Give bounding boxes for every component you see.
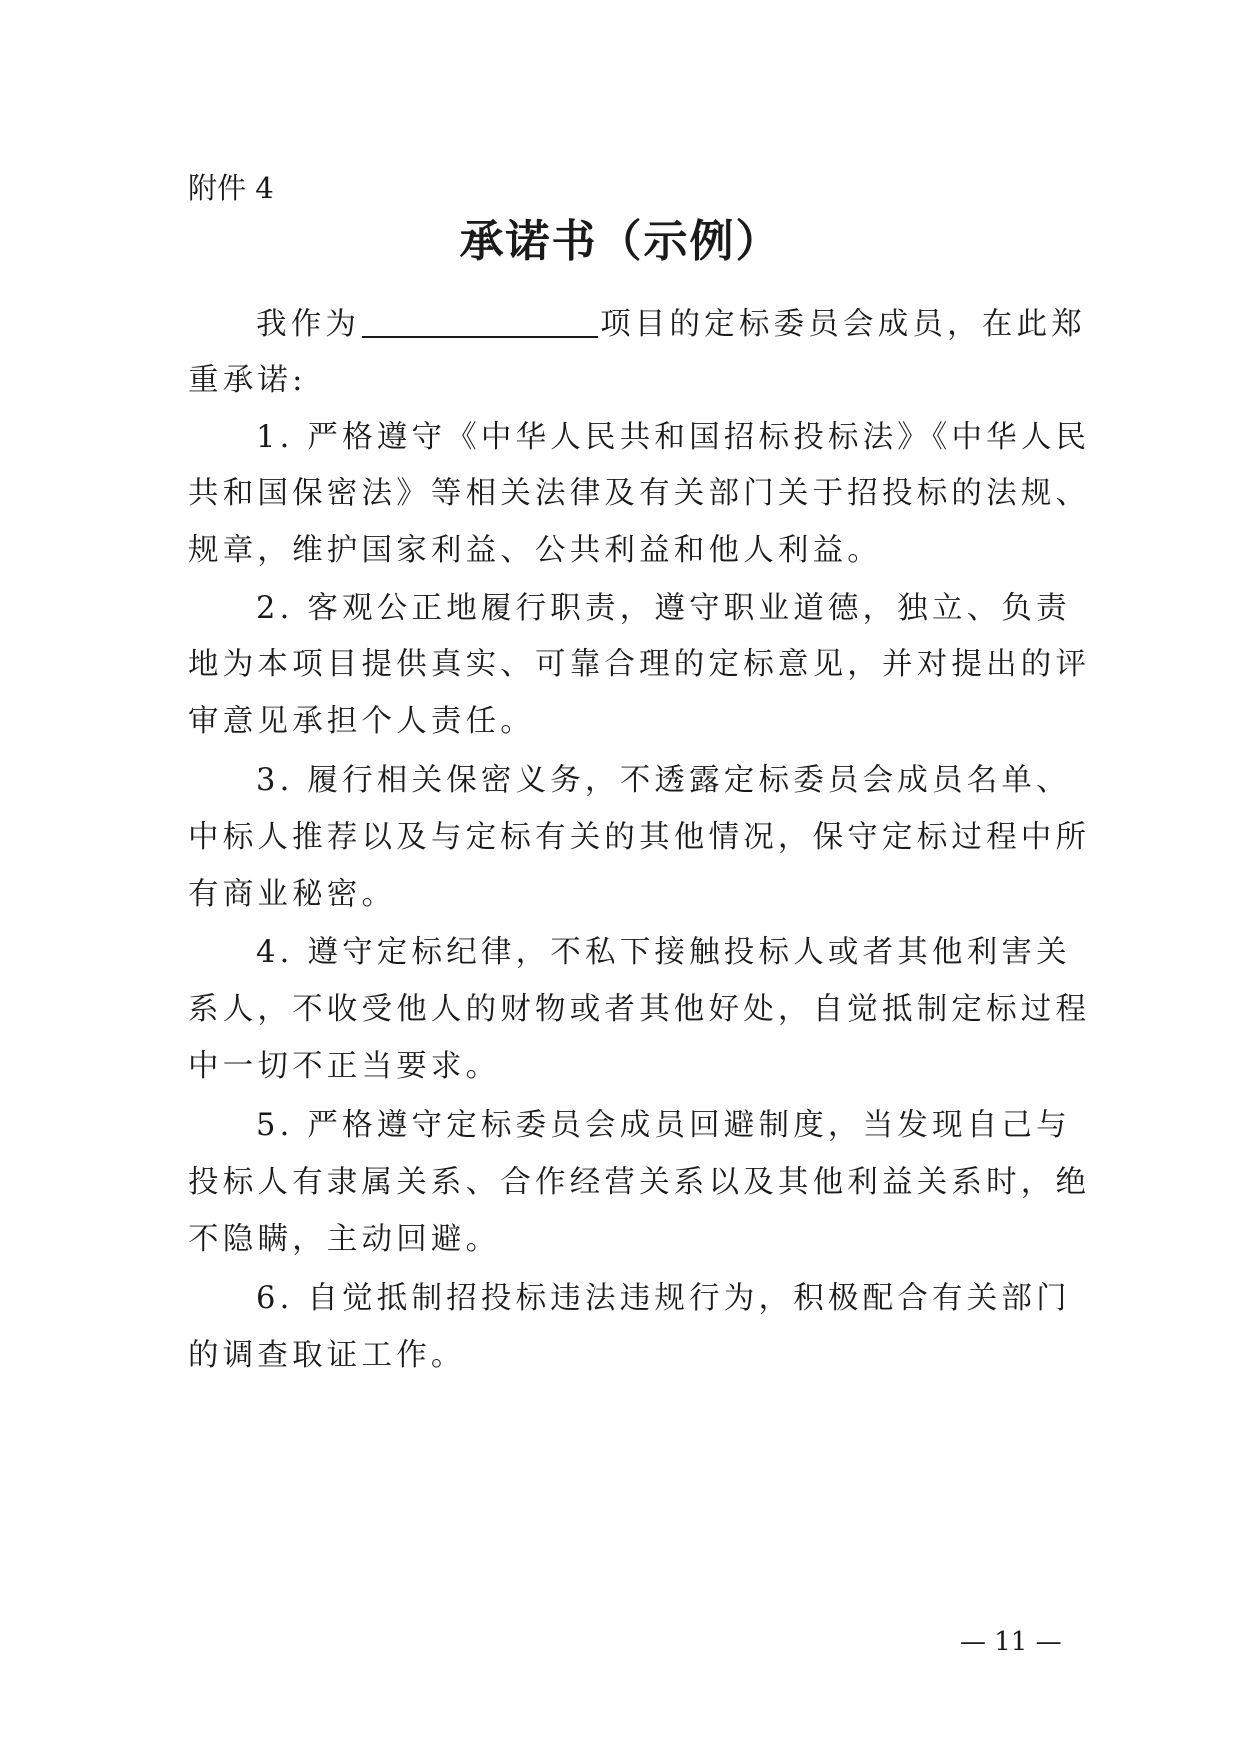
pledge-line: 的调查取证工作。 [188,1336,1058,1376]
pledge-line: 2. 客观公正地履行职责，遵守职业道德，独立、负责 [256,589,1058,629]
pledge-line: 中标人推荐以及与定标有关的其他情况，保守定标过程中所 [188,818,1058,858]
pledge-line: 系人，不收受他人的财物或者其他好处，自觉抵制定标过程 [188,990,1058,1030]
pledge-line: 1. 严格遵守《中华人民共和国招标投标法》《中华人民 [256,418,1058,458]
intro-after-blank: 项目的定标委员会成员，在此郑 [600,307,1086,342]
pledge-line: 地为本项目提供真实、可靠合理的定标意见，并对提出的评 [188,645,1058,685]
pledge-line: 共和国保密法》等相关法律及有关部门关于招投标的法规、 [188,474,1058,514]
pledge-line: 中一切不正当要求。 [188,1047,1058,1087]
attachment-label: 附件 4 [188,170,274,206]
pledge-line: 3. 履行相关保密义务，不透露定标委员会成员名单、 [256,761,1058,801]
pledge-line: 投标人有隶属关系、合作经营关系以及其他利益关系时，绝 [188,1163,1058,1203]
project-name-blank [362,306,598,338]
pledge-line: 5. 严格遵守定标委员会成员回避制度，当发现自己与 [256,1106,1058,1146]
intro-before-blank: 我作为 [256,307,360,342]
intro-line-1: 我作为项目的定标委员会成员，在此郑 [256,305,1058,345]
page-number: — 11 — [960,1626,1062,1658]
pledge-line: 4. 遵守定标纪律，不私下接触投标人或者其他利害关 [256,933,1058,973]
pledge-line: 规章，维护国家利益、公共利益和他人利益。 [188,531,1058,571]
pledge-line: 审意见承担个人责任。 [188,702,1058,742]
document-title: 承诺书（示例） [0,214,1241,270]
pledge-line: 有商业秘密。 [188,875,1058,915]
pledge-line: 不隐瞒，主动回避。 [188,1220,1058,1260]
intro-line-2: 重承诺: [188,361,1058,401]
pledge-line: 6. 自觉抵制招投标违法违规行为，积极配合有关部门 [256,1279,1058,1319]
